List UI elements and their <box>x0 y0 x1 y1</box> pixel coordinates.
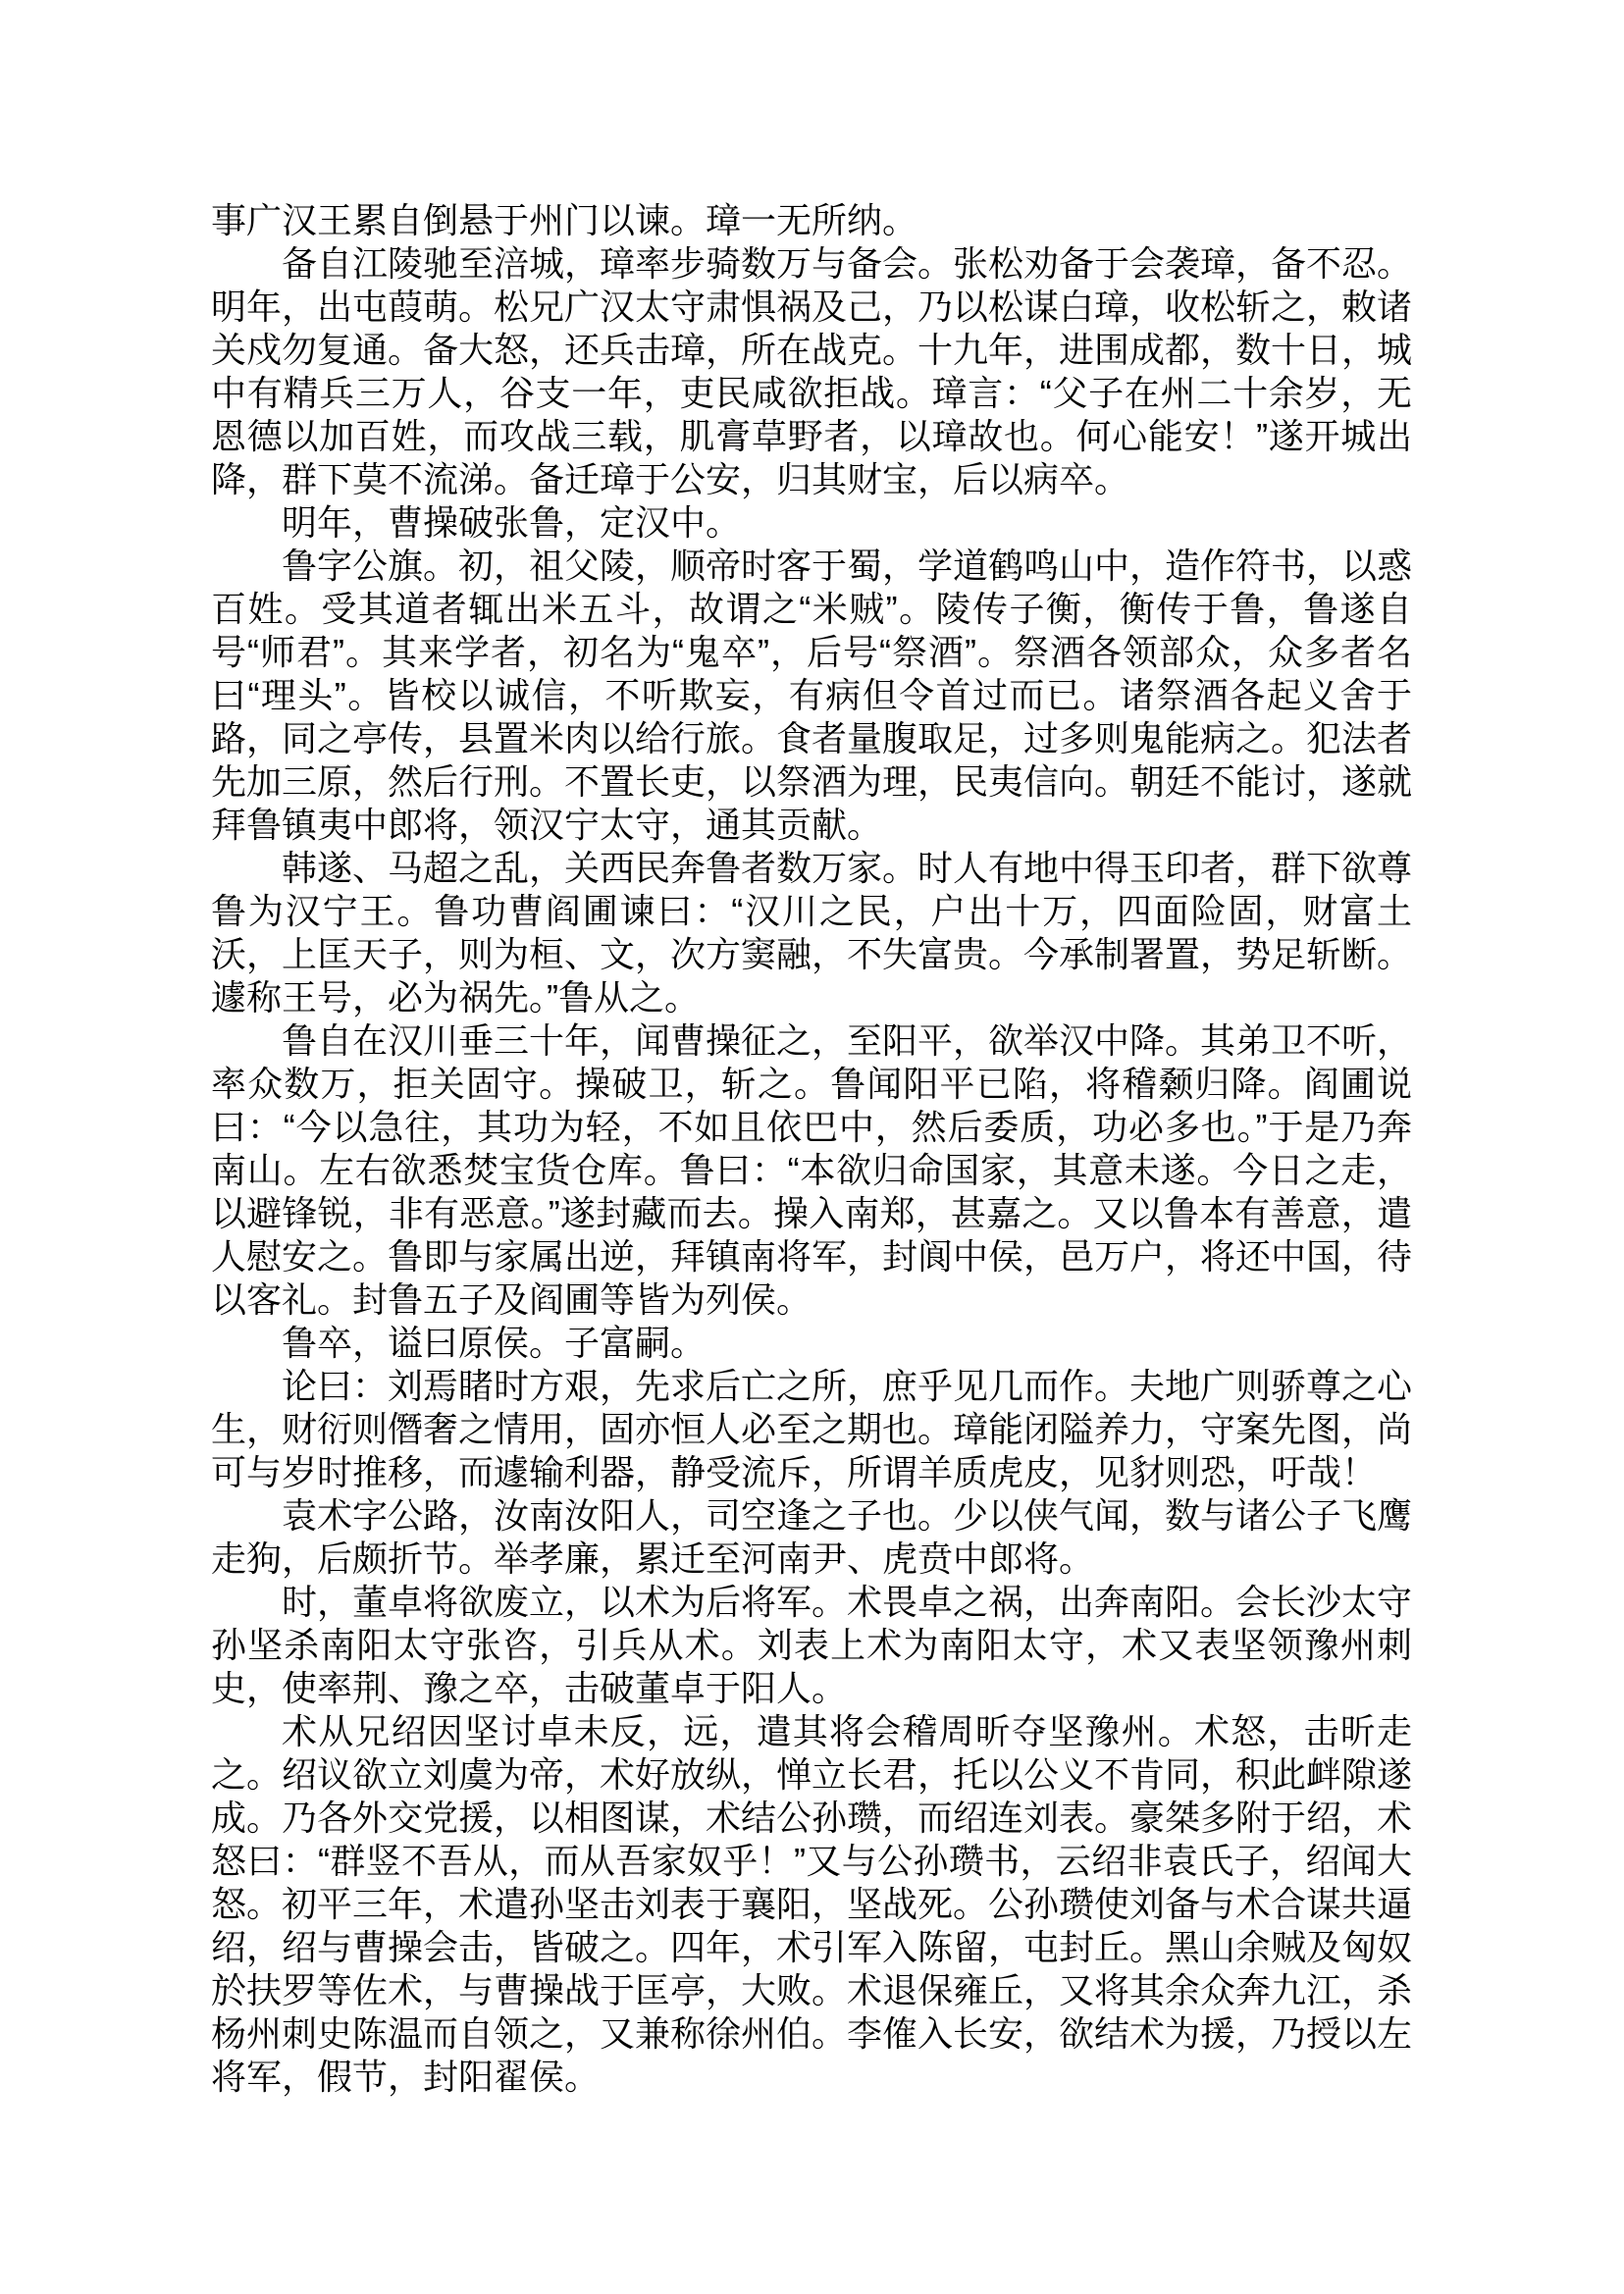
paragraph: 鲁自在汉川垂三十年，闻曹操征之，至阳平，欲举汉中降。其弟卫不听，率众数万，拒关固… <box>211 1019 1412 1322</box>
paragraph: 术从兄绍因坚讨卓未反，远，遣其将会稽周昕夺坚豫州。术怒，击昕走之。绍议欲立刘虞为… <box>211 1710 1412 2099</box>
document-page: 事广汉王累自倒悬于州门以谏。璋一无所纳。 备自江陵驰至涪城，璋率步骑数万与备会。… <box>0 0 1624 2294</box>
paragraph: 时，董卓将欲废立，以术为后将军。术畏卓之祸，出奔南阳。会长沙太守孙坚杀南阳太守张… <box>211 1581 1412 1710</box>
paragraph: 韩遂、马超之乱，关西民奔鲁者数万家。时人有地中得玉印者，群下欲尊鲁为汉宁王。鲁功… <box>211 847 1412 1019</box>
paragraph: 明年，曹操破张鲁，定汉中。 <box>211 501 1412 545</box>
paragraph: 论曰：刘焉睹时方艰，先求后亡之所，庶乎见几而作。夫地广则骄尊之心生，财衍则僭奢之… <box>211 1365 1412 1494</box>
paragraph: 鲁卒，谥曰原侯。子富嗣。 <box>211 1322 1412 1365</box>
paragraph: 鲁字公旗。初，祖父陵，顺帝时客于蜀，学道鹤鸣山中，造作符书，以惑百姓。受其道者辄… <box>211 545 1412 847</box>
paragraph: 事广汉王累自倒悬于州门以谏。璋一无所纳。 <box>211 199 1412 242</box>
paragraph: 备自江陵驰至涪城，璋率步骑数万与备会。张松劝备于会袭璋，备不忍。明年，出屯葭萌。… <box>211 242 1412 501</box>
text-body: 事广汉王累自倒悬于州门以谏。璋一无所纳。 备自江陵驰至涪城，璋率步骑数万与备会。… <box>211 199 1412 2099</box>
paragraph: 袁术字公路，汝南汝阳人，司空逢之子也。少以侠气闻，数与诸公子飞鹰走狗，后颇折节。… <box>211 1494 1412 1581</box>
